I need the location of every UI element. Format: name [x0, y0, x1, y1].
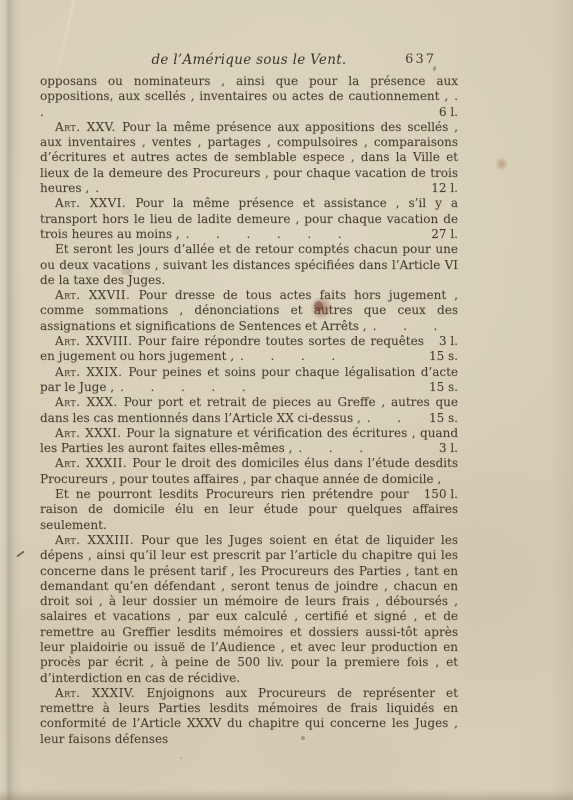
paragraph-6: Art. XXVIII. Pour faire répondre toutes … [40, 334, 458, 365]
fee-amount: 150 l. [409, 487, 458, 502]
paragraph-3: Art. XXVI. Pour la même présence et assi… [40, 196, 458, 242]
paper-speck [301, 736, 305, 740]
paragraph-12: Art. XXXIII. Pour que les Juges soient e… [40, 533, 458, 686]
paragraph-text: opposans ou nominateurs , ainsi que pour… [40, 74, 458, 103]
dot-leaders: . . [361, 411, 401, 425]
fee-amount: 15 s. [414, 411, 458, 426]
paragraph-4: Et seront les jours d’allée et de retour… [40, 242, 458, 288]
page-body: opposans ou nominateurs , ainsi que pour… [40, 74, 458, 747]
article-label: Art. XXV. [55, 120, 122, 134]
article-label: Art. XXIX. [55, 365, 128, 379]
pen-mark [16, 551, 25, 558]
dot-leaders: . . . [292, 441, 363, 455]
article-label: Art. XXVIII. [55, 334, 138, 348]
article-label: Art. XXXI. [55, 426, 126, 440]
fee-amount: 15 s. [414, 380, 458, 395]
article-label: Art. XXVII. [55, 288, 139, 302]
paper-speck [228, 691, 231, 694]
dot-leaders: . . . [367, 319, 438, 333]
article-label: Art. XXXIV. [55, 686, 146, 700]
paragraph-1: opposans ou nominateurs , ainsi que pour… [40, 74, 458, 120]
dot-leaders: . . . . . . [180, 227, 342, 241]
paragraph-9: Art. XXXI. Pour la signature et vérifica… [40, 426, 458, 457]
paragraph-11: Et ne pourront lesdits Procureurs rien p… [40, 487, 458, 533]
margin-stain [495, 157, 508, 171]
scanned-book-page: de l’Amérique sous le Vent. 637 opposans… [0, 0, 573, 800]
article-label: Art. XXXII. [55, 456, 132, 470]
fee-amount: 6 l. [439, 105, 458, 120]
paragraph-text: Et ne pourront lesdits Procureurs rien p… [40, 487, 458, 532]
page-number: 637 [405, 52, 436, 67]
fee-amount: 12 l. [416, 181, 458, 196]
paragraph-text: Pour que les Juges soient en état de liq… [40, 533, 458, 685]
paragraph-5: Art. XXVII. Pour dresse de tous actes fa… [40, 288, 458, 334]
paragraph-7: Art. XXIX. Pour peines et soins pour cha… [40, 365, 458, 396]
fee-amount: 3 l. [424, 441, 458, 456]
fee-amount: 27 l. [416, 227, 458, 242]
fee-amount: 15 s. [414, 349, 458, 364]
article-label: Art. XXX. [55, 395, 124, 409]
page-header: de l’Amérique sous le Vent. 637 [40, 52, 458, 70]
small-smudge [121, 268, 133, 275]
dot-leaders: . [89, 181, 99, 195]
paragraph-2: Art. XXV. Pour la même présence aux appo… [40, 120, 458, 196]
paragraph-13: Art. XXXIV. Enjoignons aux Procureurs de… [40, 686, 458, 747]
paragraph-text: Et seront les jours d’allée et de retour… [40, 242, 458, 287]
ink-blot-stain [310, 296, 333, 320]
fee-amount: 3 l. [424, 334, 458, 349]
article-label: Art. XXVI. [55, 196, 135, 210]
paragraph-10: Art. XXXII. Pour le droit des domiciles … [40, 456, 458, 487]
dot-leaders: . . . . . [114, 380, 246, 394]
dot-leaders: . . . . [234, 349, 335, 363]
article-label: Art. XXXIII. [55, 533, 141, 547]
paragraph-8: Art. XXX. Pour port et retrait de pieces… [40, 395, 458, 426]
paper-speck [180, 757, 182, 759]
running-title: de l’Amérique sous le Vent. [40, 52, 458, 68]
paper-speck [432, 66, 436, 72]
